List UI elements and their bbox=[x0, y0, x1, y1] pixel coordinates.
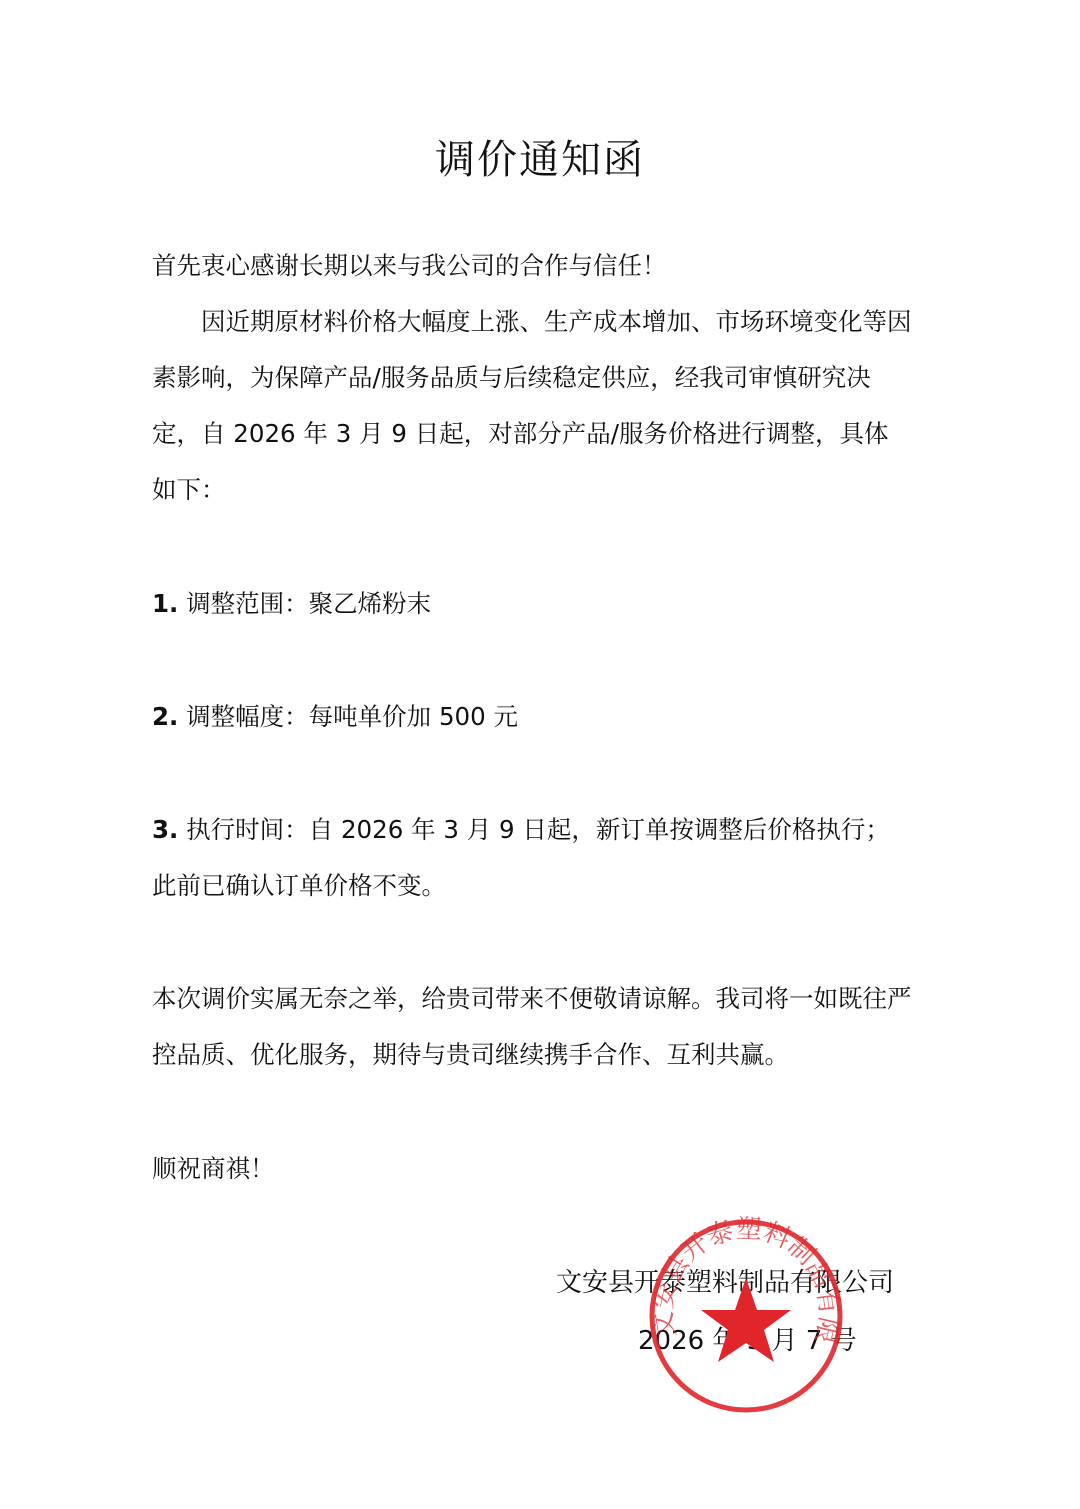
company-seal-stamp: 文安县开泰塑料制品有限公司 bbox=[646, 1216, 846, 1416]
seal-icon: 文安县开泰塑料制品有限公司 bbox=[646, 1216, 846, 1416]
closing-paragraph: 本次调价实属无奈之举，给贵司带来不便敬请谅解。我司将一如既往严控品质、优化服务，… bbox=[152, 971, 912, 1083]
page-title: 调价通知函 bbox=[0, 128, 1080, 185]
list-item-2: 2. 调整幅度：每吨单价加 500 元 bbox=[152, 689, 912, 745]
item-text: 执行时间：自 2026 年 3 月 9 日起，新订单按调整后价格执行；此前已确认… bbox=[152, 815, 890, 900]
regards: 顺祝商祺！ bbox=[152, 1141, 912, 1197]
item-number: 3. bbox=[152, 815, 178, 844]
item-text: 调整幅度：每吨单价加 500 元 bbox=[186, 702, 518, 731]
item-text: 调整范围：聚乙烯粉末 bbox=[186, 589, 431, 618]
list-item-1: 1. 调整范围：聚乙烯粉末 bbox=[152, 576, 912, 632]
list-item-3: 3. 执行时间：自 2026 年 3 月 9 日起，新订单按调整后价格执行；此前… bbox=[152, 802, 912, 914]
item-number: 2. bbox=[152, 702, 178, 731]
intro-paragraph: 因近期原材料价格大幅度上涨、生产成本增加、市场环境变化等因素影响，为保障产品/服… bbox=[152, 294, 912, 518]
greeting: 首先衷心感谢长期以来与我公司的合作与信任！ bbox=[152, 238, 912, 294]
item-number: 1. bbox=[152, 589, 178, 618]
